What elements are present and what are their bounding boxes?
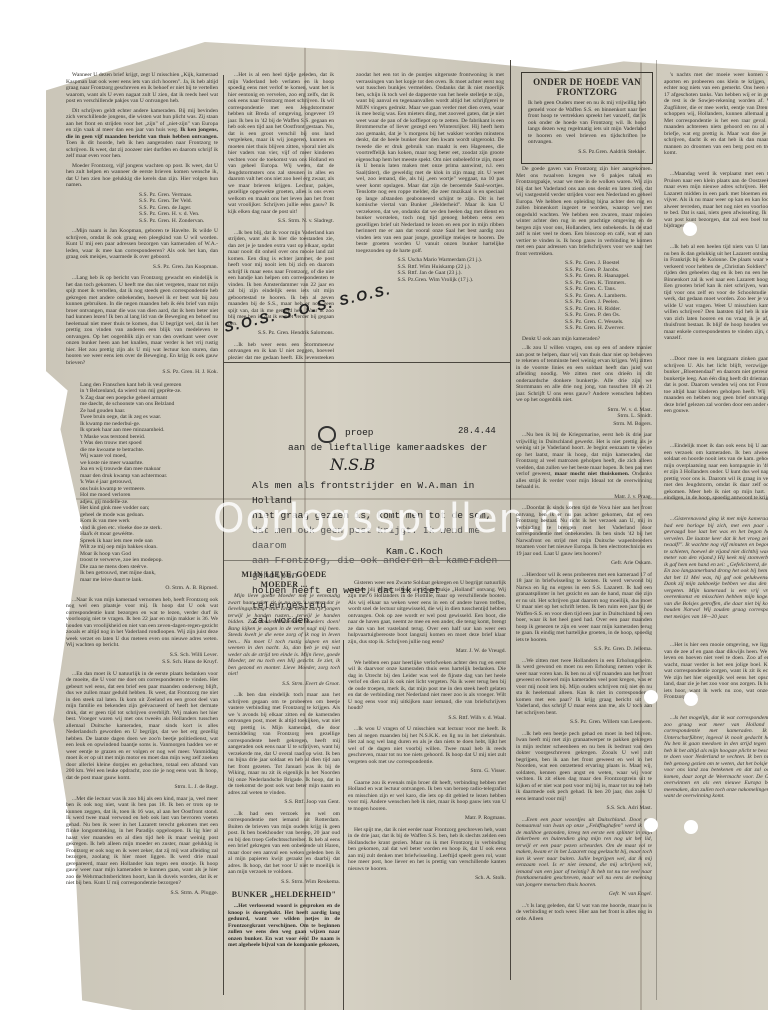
signature: S.S. Strm. Evert de Groot.: [228, 681, 340, 688]
bunker-intro: ...Het verlossend woord is gesproken en …: [228, 903, 340, 949]
signature: Matr. P. Rogmans.: [348, 815, 506, 822]
letter-jellema: ...Hierdoor wil ik eens probeeren met ee…: [516, 572, 652, 644]
signature: S.S. Strm. N. v. Sladregt.: [228, 218, 334, 225]
name: S.S. Pz. Gren. H. Zwerver.: [516, 325, 652, 332]
letter-text: ...Het is hier een mooie omgeving, we li…: [664, 642, 768, 701]
letter-gent: ...Ik ben dan eindelijk toch maar aan he…: [228, 692, 340, 796]
letter-ruyter: ...Ik heb weer eens een Stormmeeuw ontva…: [228, 342, 334, 361]
article-title-moeder: MIJN LIEVE, GOEDE MOEDER ...: [228, 570, 340, 590]
letter-text: Moeder Frontzorg, vijf jongens wachten o…: [66, 163, 218, 189]
signature: O. Strm. A. B. Ripmed.: [66, 585, 218, 592]
signature: Strm. M. Bogers.: [516, 421, 652, 428]
letter-gaven: De goede gaven van Frontzorg zijn hier a…: [516, 166, 652, 257]
notice-line-1: proep: [345, 425, 374, 440]
letter-mast: ...Ik zou U willen vragen, ons op een of…: [516, 345, 652, 404]
signature: S.S.: [664, 623, 768, 630]
signature: S.S. Rttf. Joop van Gent.: [228, 799, 340, 806]
box-text: Ik heb geen Ouders meer en nu ik mij vri…: [528, 100, 646, 146]
column-4: De goede gaven van Frontzorg zijn hier a…: [516, 166, 652, 1002]
punch-hole: [684, 692, 698, 706]
poem: Lang den Franschen kant heb ik veul gere…: [66, 382, 218, 584]
punch-hole: [644, 690, 658, 704]
name-list: S.S. Pz. Gren. Vermaas. S.S. Pz. Gren. T…: [66, 192, 218, 225]
signature: S.S. Pz. Gren. D. Jellema.: [516, 646, 652, 653]
signature: S.S. Sch. Hans de Kruyf.: [66, 659, 218, 666]
signature: S.S. Pz.Gren. Wim Vrolijk (17 j.).: [356, 277, 504, 284]
letter-text: ...Gisterenavond ging ik met mijn kamera…: [664, 516, 768, 620]
punch-hole: [644, 818, 658, 832]
signature: Matr. J. W. de Vreugd.: [348, 648, 506, 655]
signature: S.: [664, 704, 768, 711]
letter-reukema: ...Ik had een verzoek en wel om correspo…: [228, 811, 340, 876]
letter-text: ...Door mee in een langzaam zinken gaan …: [664, 356, 768, 415]
letter-koopman: ...Mijn naam is Jan Koopman, geboren te …: [66, 228, 218, 261]
letter-oskam: ...Doordat ik sinds korten tijd de Vova …: [516, 505, 652, 557]
poem-line: maar me leive duurt te lank.: [80, 577, 218, 584]
notice-line-2: aan de lieftallige kameraadskes der: [288, 440, 488, 455]
letter-text: Denkt U ook aan mijn kameraden?: [516, 336, 652, 343]
column-2-bottom: MIJN LIEVE, GOEDE MOEDER ... Mijn lieve …: [228, 570, 340, 1000]
poem-moeder: Mijn lieve goede Moeder met je eenvoudig…: [228, 593, 340, 678]
signature: S.S. Sch. Adri Mast.: [516, 805, 652, 812]
letter-text: 's nachts met der moeie weer komen de Ru…: [664, 72, 768, 157]
signature: Matr. J. v. Praag.: [516, 494, 652, 501]
letter-kok: ...Lang heb ik op bericht van Frontzorg …: [66, 275, 218, 366]
letter-kaspman: Wanneer U dezen brief krijgt, zegt U mis…: [66, 72, 218, 105]
boxed-article: ONDER DE HOEDE VAN FRONTZORG Ik heb geen…: [521, 72, 653, 164]
column-3-bottom: Gisteren weer een Zwarte Soldaat gekrege…: [348, 580, 506, 1000]
name-list: S.S. Pz. Gren. J. Boestel S.S. Pz. Gren.…: [516, 260, 652, 332]
signature: S.S. Rttf. Wilh v. d. Waal.: [348, 715, 506, 722]
letter-text: Dit schrijven geldt echter andere kamera…: [66, 108, 218, 160]
bunker-continued: zoodat het een tot in de puntjes uitgeru…: [356, 72, 504, 254]
signature: Strm. L. Smidt.: [516, 413, 652, 420]
letter-engel: ...Even een paar woordjes uit Duitschlan…: [516, 817, 652, 889]
section-rule: [224, 362, 510, 363]
punch-hole: [683, 222, 697, 236]
signature: Sch. A. Stolk.: [348, 875, 506, 882]
column-1: Wanneer U dezen brief krijgt, zegt U mis…: [66, 72, 218, 1002]
signature: Gefr. Arie Oskam.: [516, 560, 652, 567]
letter-leeuwen: ...We zitten met twee Hollanders in een …: [516, 658, 652, 717]
bunker-signatures: S.S. Uscha Mario Warmerdam (21 j.). S.S.…: [356, 257, 504, 283]
signature: S.S. Strm. Wim Reukema.: [228, 879, 340, 886]
letter-stolk: Het spijt me, dat ik niet eerder naar Fr…: [348, 827, 506, 873]
signature: S.S. Pz.Gren. Aaldrik Stekker.: [528, 149, 646, 156]
signature: Strm. Ber: [664, 432, 768, 439]
letter-text: ...Is het mogelijk, dat ik wat correspon…: [664, 715, 768, 800]
letter-praag: ...Nu ben ik bij de Kriegsmarine, eerst …: [516, 432, 652, 491]
letter-plugge: ...Met die lectuur was ik zoo blij als e…: [66, 796, 218, 887]
letter-sladregt: ...Het is al een heel tijdje geleden, da…: [228, 72, 334, 215]
signature: S.S. Strm.: [664, 160, 768, 167]
signature: R.: [664, 345, 768, 352]
signature: S.S. Pz. Gren. Jan Koopman.: [66, 264, 218, 271]
column-3-top: zoodat het een tot in de puntjes uitgeru…: [356, 72, 504, 360]
column-rule: [343, 640, 344, 1010]
letter-text: ...Maandag werd ik verplaatst met een tr…: [664, 171, 768, 230]
signature: S.S. Pz. Gren.: [664, 505, 768, 512]
article-title-bunker: BUNKER „HELDERHEID": [228, 890, 340, 900]
signature: Strm. G. Visser.: [348, 768, 506, 775]
signature: Strm. L. J. de Regt.: [66, 784, 218, 791]
letter-lever: ...Naar ik van mijn kameraad vernomen he…: [66, 597, 218, 649]
notice-date: 28.4.44: [458, 424, 496, 439]
letter-rogmans: Gaarne zou ik evenals mijn broer dit hee…: [348, 780, 506, 813]
punch-hole: [684, 820, 698, 834]
emphasis: maar mocht niet thuiskomen.: [555, 471, 630, 477]
letter-text: ...Ik heb al een heelen tijd niets van U…: [664, 244, 768, 342]
signature: S.S. Pz. Gren. Willem van Leeuwen.: [516, 719, 652, 726]
box-title: ONDER DE HOEDE VAN FRONTZORG: [528, 77, 646, 97]
signature: S.S. Usch.: [664, 233, 768, 240]
letter-waal: We hebben een paar heerlijke verlofweken…: [348, 660, 506, 712]
signature: S.S. Pz. Gren. H. J. Kok.: [66, 369, 218, 376]
signature: S.S. Strm. A. Plugge.: [66, 890, 218, 897]
signature: S.S. Usch.: [664, 803, 768, 810]
signature: Gefr. W. van Engel.: [516, 891, 652, 898]
letter-text: ...Eindelijk moet ik dan ook eens bij U …: [664, 443, 768, 502]
name: S.S. Pz. Gren. H. Zondervan.: [66, 218, 218, 225]
letter-mast2: ...Ik heb een beetje pech gehad en moet …: [516, 731, 652, 803]
column-rule: [656, 60, 657, 1000]
letter-last: ...'t Is lang geleden, dat U wat van me …: [516, 903, 652, 923]
notice-nsb: N.S.B: [330, 456, 375, 474]
signature: S.S.: [664, 631, 768, 638]
letter-vreugd: Gisteren weer een Zwarte Soldaat gekrege…: [348, 580, 506, 645]
column-5: 's nachts met der moeie weer komen de Ru…: [664, 72, 768, 932]
letter-regt: ...En dan moet ik U natuurlijk in de eer…: [66, 671, 218, 782]
letter-visser: ...Ik wou U vragen of U misschien wat le…: [348, 726, 506, 765]
signature: S.S. Pz. Gren. Hendrik Salomons.: [228, 330, 334, 337]
signature: S.S. Sch. Willi Lever.: [66, 652, 218, 659]
notice-signature: Kam.C.Koch: [386, 544, 443, 559]
signature: Strm. Hen: [664, 424, 768, 431]
